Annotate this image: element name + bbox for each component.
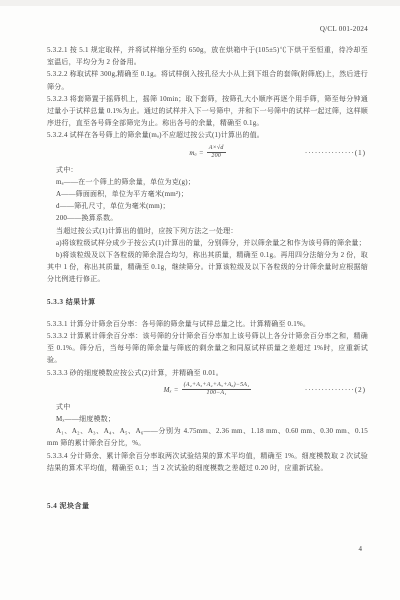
document-body: 5.3.2.1 按 5.1 规定取样，并将试样缩分至约 650g，放在烘箱中于(… <box>47 44 368 522</box>
exceed-note: 当超过按公式(1)计算出的值时，应按下列方法之一处理： <box>47 225 368 237</box>
var-def-Mx: Mₓ——细度模数； <box>47 413 368 425</box>
formula-2-dots: ··············· <box>305 386 355 394</box>
where-label-1: 式中： <box>47 164 368 176</box>
formula-1: mₐ = A×√d 200 ···············(1) <box>47 144 368 162</box>
var-def-A: A——筛面面积，单位为平方毫米(mm²)； <box>47 188 368 200</box>
formula-1-numerator: A×√d <box>207 145 226 153</box>
clause-5-3-3-2: 5.3.3.2 计算累计筛余百分率：该号筛的分计筛余百分率加上该号筛以上各分计筛… <box>47 330 368 367</box>
clause-5-3-2-2: 5.3.2.2 称取试样 300g,精确至 0.1g。将试样倒入按孔径大小从上到… <box>47 68 368 92</box>
formula-2-denominator: 100−A₁ <box>207 390 227 397</box>
formula-1-lhs: mₐ = <box>189 147 203 159</box>
formula-2-fraction: (A₂+A₃+A₄+A₅+A₆)−5A₁ 100−A₁ <box>182 382 252 397</box>
clause-5-3-3-3: 5.3.3.3 砂的细度模数应按公式(2)计算，并精确至 0.01。 <box>47 367 368 379</box>
formula-2-numerator: (A₂+A₃+A₄+A₅+A₆)−5A₁ <box>182 382 252 390</box>
formula-1-denominator: 200 <box>211 153 221 160</box>
clause-5-3-2-4: 5.3.2.4 试样在各号筛上的筛余量(mₐ)不应超过按公式(1)计算出的值。 <box>47 129 368 141</box>
doc-number-header: Q/CL 001-2024 <box>320 25 368 33</box>
page-number: 4 <box>359 545 363 553</box>
formula-1-number: (1) <box>355 149 366 157</box>
formula-1-dots: ··············· <box>305 149 355 157</box>
formula-2: Mₓ = (A₂+A₃+A₄+A₅+A₆)−5A₁ 100−A₁ ·······… <box>47 381 368 399</box>
clause-5-3-2-1: 5.3.2.1 按 5.1 规定取样，并将试样缩分至约 650g，放在烘箱中于(… <box>47 44 368 68</box>
formula-2-number: (2) <box>355 386 366 394</box>
var-def-ma: mₐ——在一个筛上的筛余量，单位为克(g)； <box>47 176 368 188</box>
document-page: Q/CL 001-2024 5.3.2.1 按 5.1 规定取样，并将试样缩分至… <box>0 0 400 600</box>
list-item-a: a)将该粒级试样分成少于按公式(1)计算出的量，分别筛分，并以筛余量之和作为该号… <box>47 237 368 249</box>
clause-5-3-3-4: 5.3.3.4 分计筛余、累计筛余百分率取两次试验结果的算术平均值，精确至 1%… <box>47 450 368 474</box>
heading-5-4: 5.4 泥块含量 <box>47 500 368 512</box>
clause-5-3-3-1: 5.3.3.1 计算分计筛余百分率：各号筛的筛余量与试样总量之比。计算精确至 0… <box>47 318 368 330</box>
list-item-b: b)将该粒级及以下各粒级的筛余混合均匀，称出其质量，精确至 0.1g。再用四分法… <box>47 249 368 286</box>
heading-5-3-3: 5.3.3 结果计算 <box>47 296 368 308</box>
var-def-200: 200——换算系数。 <box>47 212 368 224</box>
formula-1-fraction: A×√d 200 <box>207 145 226 160</box>
var-def-A1-A6: A₁、A₂、A₃、A₄、A₅、A₆——分别为 4.75mm、2.36 mm、1.… <box>47 425 368 449</box>
formula-2-dots-label: ···············(2) <box>305 384 366 396</box>
clause-5-3-2-3: 5.3.2.3 将套筛置于摇筛机上，摇筛 10min；取下套筛，按筛孔大小顺序再… <box>47 93 368 130</box>
formula-1-dots-label: ···············(1) <box>305 147 366 159</box>
where-label-2: 式中 <box>47 401 368 413</box>
var-def-d: d——筛孔尺寸，单位为毫米(mm)； <box>47 200 368 212</box>
formula-2-lhs: Mₓ = <box>164 384 179 396</box>
